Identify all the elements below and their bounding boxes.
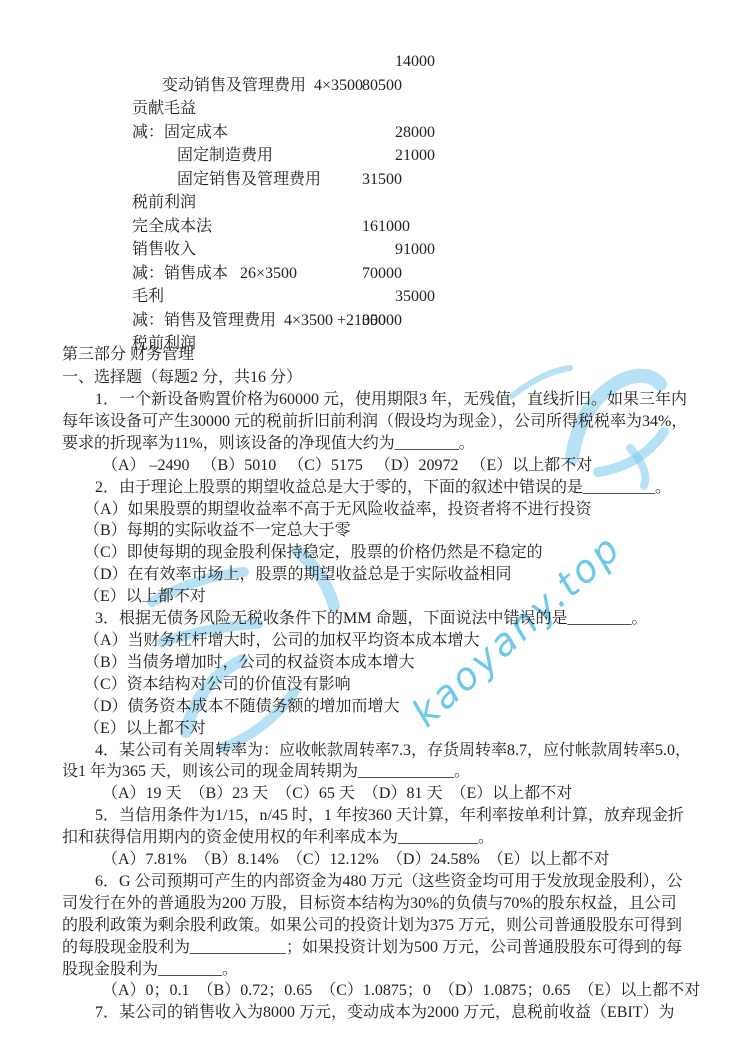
document-page: kaoyany.top 变动销售及管理费用 4×3500 14000 贡献毛益 … [0, 0, 752, 1063]
statement-row: 税前利润 31500 [62, 168, 694, 192]
statement-label: 税前利润 [132, 332, 196, 356]
option-line: （D）债务资本成本不随债务额的增加而增大 [62, 696, 694, 718]
statement-value: 35000 [362, 309, 402, 333]
question-line: 1．一个新设备购置价格为60000 元，使用期限3 年，无残值，直线折旧。如果三… [62, 389, 694, 411]
question-line: 股现金股利为________。 [62, 959, 694, 981]
statement-value: 70000 [362, 262, 402, 286]
question-line: 5．当信用条件为1/15，n/45 时，1 年按360 天计算，年利率按单利计算… [62, 805, 694, 827]
options-line: （A）0；0.1 （B）0.72；0.65 （C）1.0875；0 （D）1.0… [62, 980, 694, 1002]
option-line: （A）当财务杠杆增大时，公司的加权平均资本成本增大 [62, 630, 694, 652]
statement-row: 毛利 70000 [62, 262, 694, 286]
question-type-title: 一、选择题（每题2 分，共16 分） [62, 366, 694, 389]
options-line: （A） –2490 （B）5010 （C）5175 （D）20972 （E）以上… [62, 455, 694, 477]
statement-row: 税前利润 35000 [62, 309, 694, 333]
question-line: 司发行在外的普通股为200 万股，目标资本结构为30%的负债与70%的股东权益，… [62, 893, 694, 915]
income-statement: 变动销售及管理费用 4×3500 14000 贡献毛益 80500 减：固定成本… [62, 50, 694, 332]
option-line: （E）以上都不对 [62, 586, 694, 608]
option-line: （B）每期的实际收益不一定总大于零 [62, 520, 694, 542]
question-line: 要求的折现率为11%，则该设备的净现值大约为________。 [62, 433, 694, 455]
statement-row: 固定制造费用 28000 [62, 121, 694, 145]
option-line: （E）以上都不对 [62, 718, 694, 740]
questions-block: 1．一个新设备购置价格为60000 元，使用期限3 年，无残值，直线折旧。如果三… [62, 389, 694, 1024]
question-5: 5．当信用条件为1/15，n/45 时，1 年按360 天计算，年利率按单利计算… [62, 805, 694, 871]
question-line: 设1 年为365 天，则该公司的现金周转期为____________。 [62, 761, 694, 783]
option-line: （C）即使每期的现金股利保持稳定，股票的价格仍然是不稳定的 [62, 542, 694, 564]
question-line: 2．由于理论上股票的期望收益总是大于零的，下面的叙述中错误的是_________… [62, 477, 694, 499]
question-6: 6．G 公司预期可产生的内部资金为480 万元（这些资金均可用于发放现金股利），… [62, 871, 694, 1002]
option-line: （C）资本结构对公司的价值没有影响 [62, 674, 694, 696]
statement-row: 减：销售成本 26×3500 91000 [62, 238, 694, 262]
question-3: 3．根据无债务风险无税收条件下的MM 命题，下面说法中错误的是________。… [62, 608, 694, 739]
question-line: 7．某公司的销售收入为8000 万元，变动成本为2000 万元，息税前收益（EB… [62, 1002, 694, 1024]
question-line: 每年该设备可产生30000 元的税前折旧前利润（假设均为现金），公司所得税税率为… [62, 411, 694, 433]
option-line: （A）如果股票的期望收益率不高于无风险收益率，投资者将不进行投资 [62, 499, 694, 521]
question-7: 7．某公司的销售收入为8000 万元，变动成本为2000 万元，息税前收益（EB… [62, 1002, 694, 1024]
question-line: 的股利政策为剩余股利政策。如果公司的投资计划为375 万元，则公司普通股股东可得… [62, 915, 694, 937]
question-line: 4．某公司有关周转率为：应收帐款周转率7.3，存货周转率8.7，应付帐款周转率5… [62, 740, 694, 762]
statement-row: 减：销售及管理费用 4×3500 +21000 35000 [62, 285, 694, 309]
option-line: （D）在有效率市场上，股票的期望收益总是于实际收益相同 [62, 564, 694, 586]
statement-row: 减：固定成本 [62, 97, 694, 121]
question-1: 1．一个新设备购置价格为60000 元，使用期限3 年，无残值，直线折旧。如果三… [62, 389, 694, 477]
statement-value: 35000 [307, 285, 435, 309]
statement-row: 完全成本法 [62, 191, 694, 215]
statement-row: 贡献毛益 80500 [62, 74, 694, 98]
statement-value: 28000 [307, 121, 435, 145]
statement-value: 21000 [307, 144, 435, 168]
question-line: 扣和获得信用期内的资金使用权的年利率成本为__________。 [62, 827, 694, 849]
question-line: 3．根据无债务风险无税收条件下的MM 命题，下面说法中错误的是________。 [62, 608, 694, 630]
statement-value: 14000 [307, 50, 435, 74]
statement-value: 161000 [362, 215, 410, 239]
option-line: （B）当债务增加时，公司的权益资本成本增大 [62, 652, 694, 674]
statement-row: 变动销售及管理费用 4×3500 14000 [62, 50, 694, 74]
statement-value: 91000 [307, 238, 435, 262]
statement-row: 固定销售及管理费用 21000 [62, 144, 694, 168]
question-line: 6．G 公司预期可产生的内部资金为480 万元（这些资金均可用于发放现金股利），… [62, 871, 694, 893]
document-content: 变动销售及管理费用 4×3500 14000 贡献毛益 80500 减：固定成本… [0, 0, 752, 1024]
statement-value: 31500 [362, 168, 402, 192]
options-line: （A）19 天 （B）23 天 （C）65 天 （D）81 天 （E）以上都不对 [62, 783, 694, 805]
statement-row: 销售收入 161000 [62, 215, 694, 239]
question-4: 4．某公司有关周转率为：应收帐款周转率7.3，存货周转率8.7，应付帐款周转率5… [62, 740, 694, 806]
question-line: 的每股现金股利为____________；如果投资计划为500 万元，公司普通股… [62, 937, 694, 959]
question-2: 2．由于理论上股票的期望收益总是大于零的，下面的叙述中错误的是_________… [62, 477, 694, 608]
options-line: （A）7.81% （B）8.14% （C）12.12% （D）24.58% （E… [62, 849, 694, 871]
statement-value: 80500 [362, 74, 402, 98]
